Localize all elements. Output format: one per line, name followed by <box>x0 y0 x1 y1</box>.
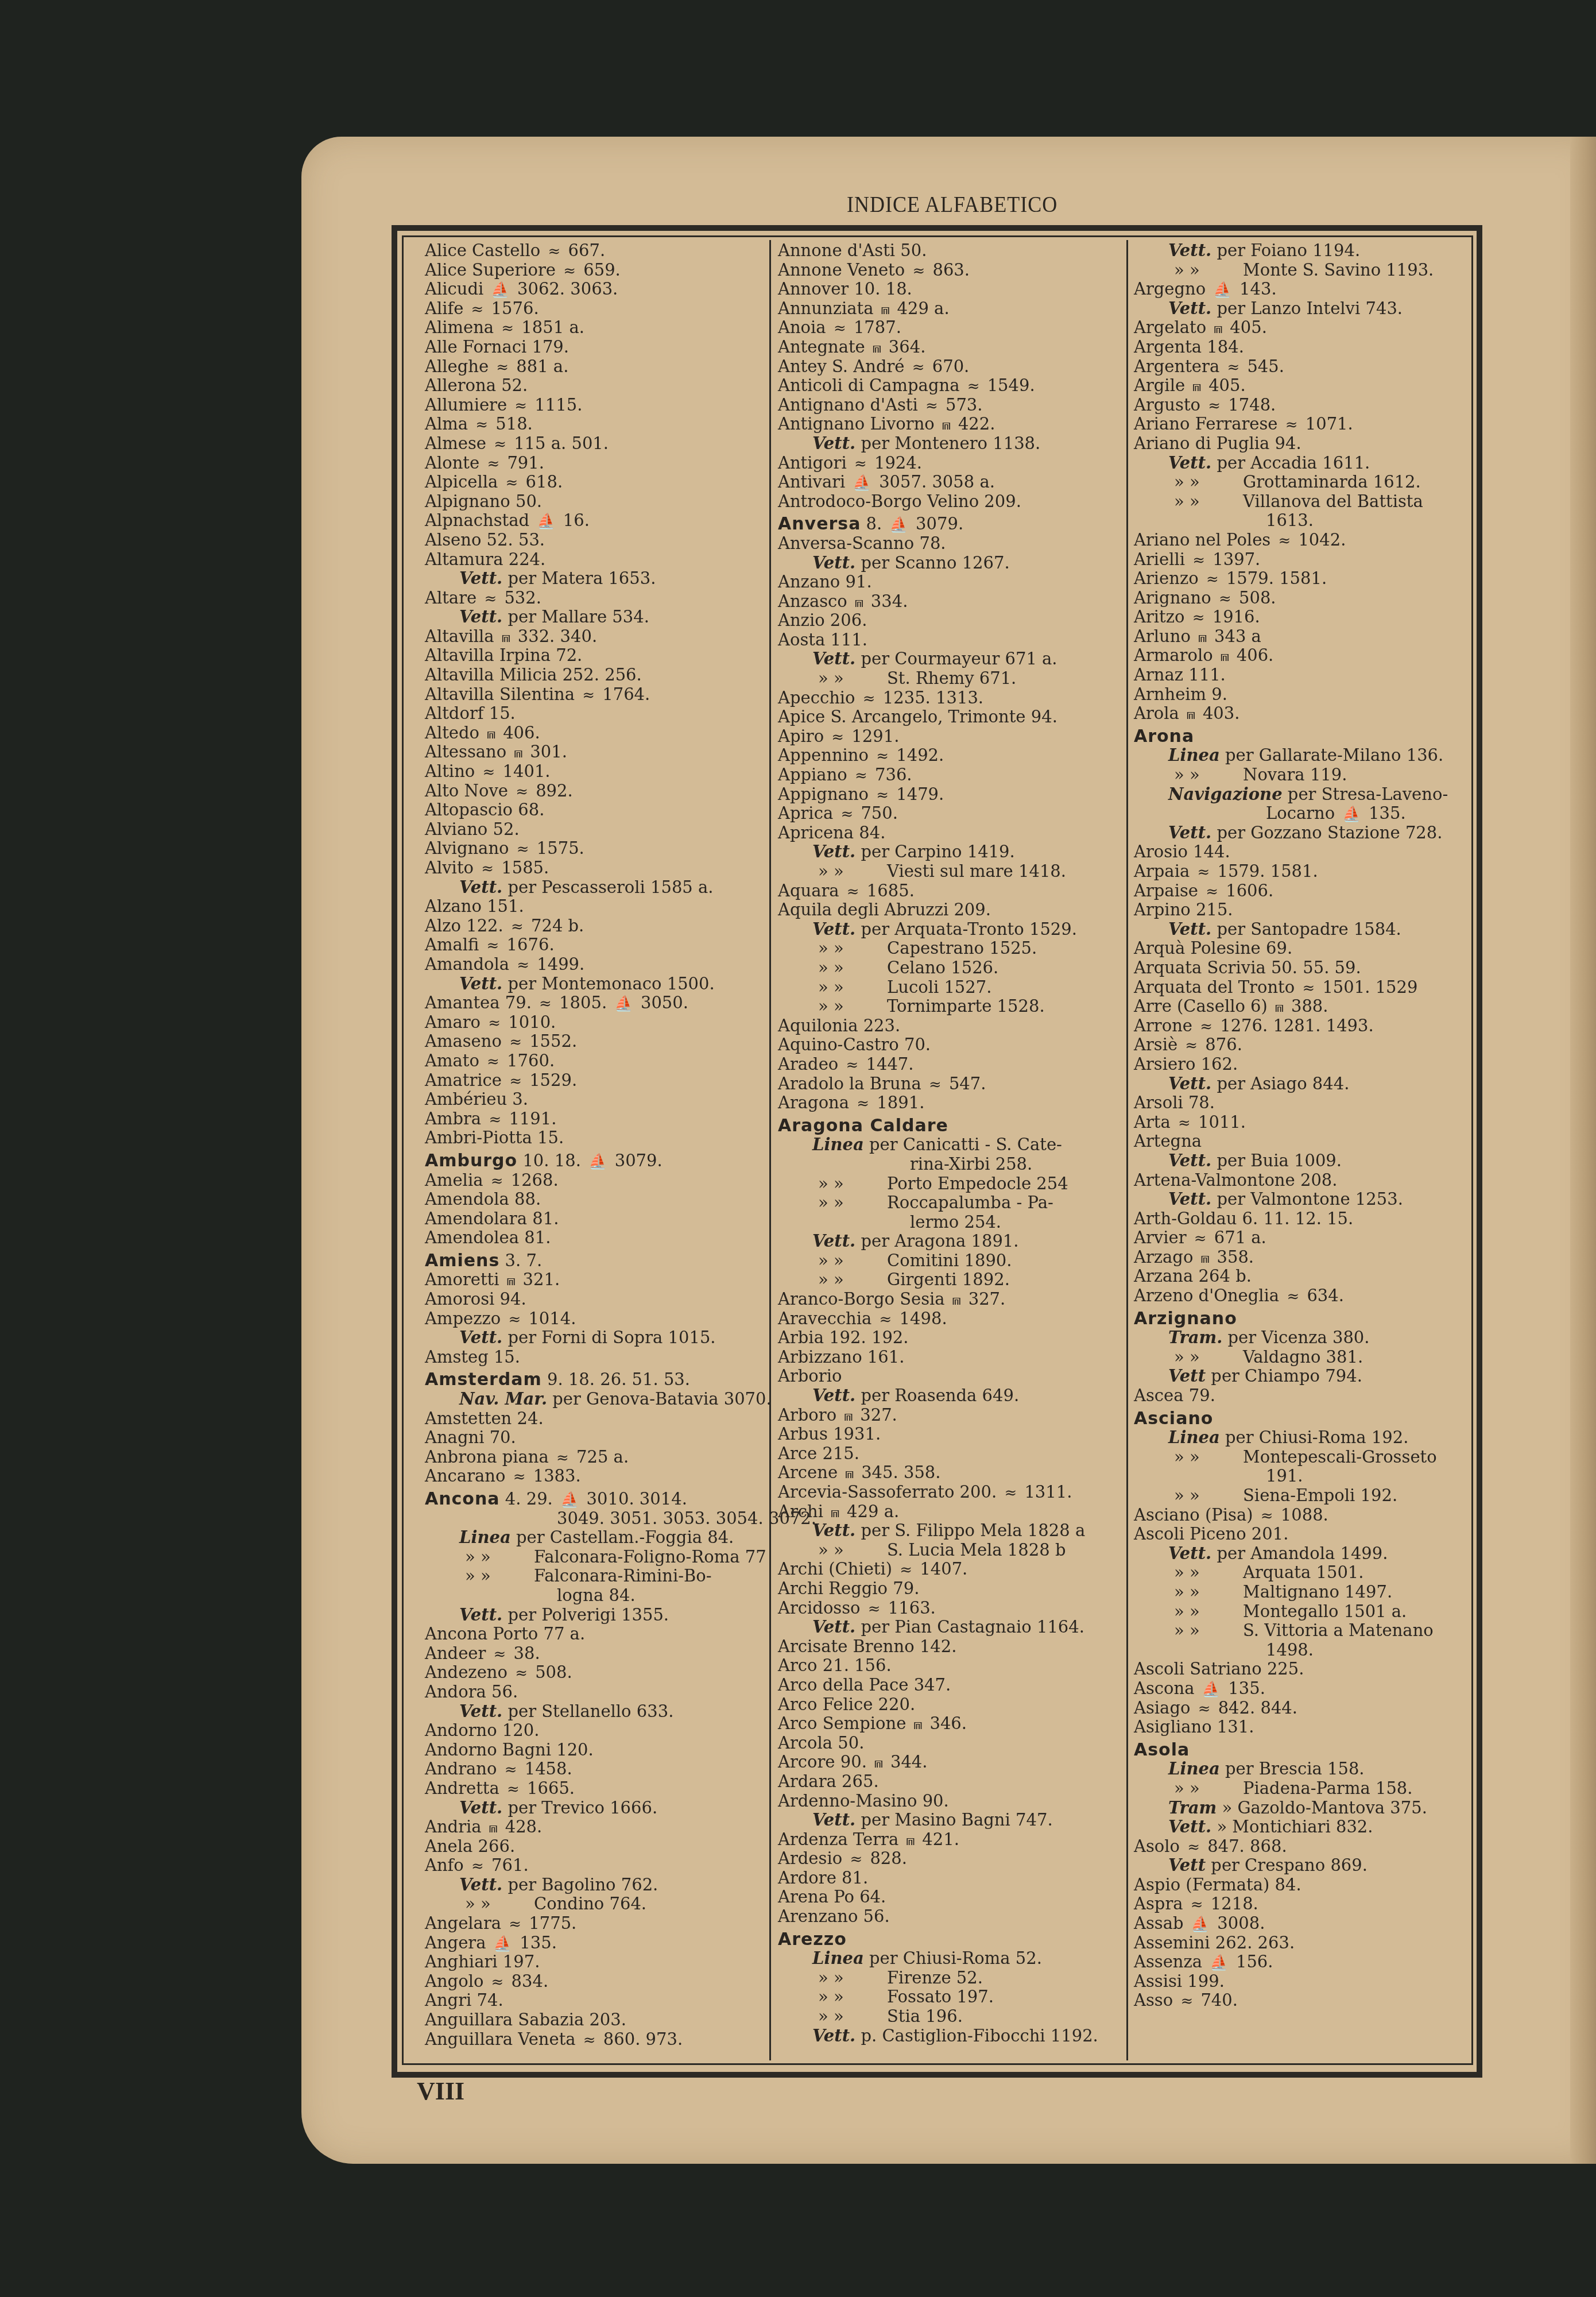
index-entry: Assenza ⛵ 156. <box>1134 1952 1473 1972</box>
index-entry: Artegna <box>1134 1132 1473 1151</box>
index-entry: Altino ≈ 1401. <box>425 762 764 782</box>
index-entry: Arborio <box>778 1367 1122 1386</box>
index-entry: Arquà Polesine 69. <box>1134 939 1473 958</box>
index-entry: Arcevia-Sassoferrato 200. ≈ 1311. <box>778 1483 1122 1502</box>
index-entry: Aquara ≈ 1685. <box>778 881 1122 901</box>
index-ditto-subentry: » »Grottaminarda 1612. <box>1134 473 1473 492</box>
mail-coach-icon: ≈ <box>511 918 524 937</box>
mail-coach-icon: ≈ <box>912 262 925 281</box>
index-entry: Anversa-Scanno 78. <box>778 534 1122 554</box>
index-entry: Angera ⛵ 135. <box>425 1933 764 1953</box>
index-entry: Ancarano ≈ 1383. <box>425 1467 764 1486</box>
index-entry: Amandola ≈ 1499. <box>425 955 764 975</box>
index-entry: Assisi 199. <box>1134 1972 1473 1991</box>
index-subentry: Vett. per Forni di Sopra 1015. <box>425 1328 764 1348</box>
index-entry: Ariano di Puglia 94. <box>1134 434 1473 454</box>
mail-coach-icon: ≈ <box>1185 1037 1198 1056</box>
mail-coach-icon: ≈ <box>854 455 867 474</box>
mail-coach-icon: ≈ <box>1192 609 1205 628</box>
index-subentry: Vett. per Montemonaco 1500. <box>425 975 764 994</box>
index-heading: Arona <box>1134 727 1473 747</box>
steamboat-icon: ⛵ <box>494 1935 512 1954</box>
index-entry: Ambérieu 3. <box>425 1090 764 1109</box>
index-heading: Amburgo 10. 18. ⛵ 3079. <box>425 1151 764 1171</box>
index-heading: Ancona 4. 29. ⛵ 3010. 3014. <box>425 1490 764 1509</box>
tram-station-icon: ⩎ <box>1201 1249 1210 1269</box>
index-entry: Antrodoco-Borgo Velino 209. <box>778 492 1122 512</box>
index-entry: Alvito ≈ 1585. <box>425 859 764 878</box>
index-entry: Aradeo ≈ 1447. <box>778 1055 1122 1074</box>
index-subentry: Linea per Chiusi-Roma 192. <box>1134 1428 1473 1448</box>
index-entry: Archi Reggio 79. <box>778 1579 1122 1599</box>
index-heading: Aragona Caldare <box>778 1116 1122 1136</box>
index-entry: Altavilla Silentina ≈ 1764. <box>425 685 764 705</box>
index-entry: Andretta ≈ 1665. <box>425 1779 764 1799</box>
index-entry: Alleghe ≈ 881 a. <box>425 357 764 377</box>
index-entry: Arola ⩎ 403. <box>1134 704 1473 724</box>
mail-coach-icon: ≈ <box>1200 1018 1213 1037</box>
mail-coach-icon: ≈ <box>509 1033 522 1053</box>
index-ditto-subentry: » »Celano 1526. <box>778 958 1122 978</box>
index-entry: Argile ⩎ 405. <box>1134 376 1473 396</box>
index-entry: Annover 10. 18. <box>778 280 1122 299</box>
index-subentry: Vett. per Trevico 1666. <box>425 1799 764 1818</box>
index-entry: Argusto ≈ 1748. <box>1134 396 1473 415</box>
index-subentry: Vett. per Masino Bagni 747. <box>778 1811 1122 1830</box>
mail-coach-icon: ≈ <box>855 767 867 786</box>
index-entry: Amalfi ≈ 1676. <box>425 935 764 955</box>
index-entry: Anzio 206. <box>778 611 1122 631</box>
index-entry: Amoretti ⩎ 321. <box>425 1270 764 1290</box>
page-spine-shadow <box>1570 137 1596 2164</box>
index-entry: Arbia 192. 192. <box>778 1328 1122 1348</box>
index-entry: Amendolea 81. <box>425 1228 764 1248</box>
index-entry: Alseno 52. 53. <box>425 531 764 550</box>
index-ditto-subentry: » »S. Lucia Mela 1828 b <box>778 1541 1122 1560</box>
index-entry: Aranco-Borgo Sesia ⩎ 327. <box>778 1290 1122 1309</box>
index-subentry: Navigazione per Stresa-Laveno- <box>1134 785 1473 805</box>
index-entry: Alice Castello ≈ 667. <box>425 241 764 261</box>
mail-coach-icon: ≈ <box>876 786 889 806</box>
index-heading: Amsterdam 9. 18. 26. 51. 53. <box>425 1370 764 1390</box>
index-subentry: Vett. per Pian Castagnaio 1164. <box>778 1618 1122 1637</box>
mail-coach-icon: ≈ <box>583 2031 596 2051</box>
index-subentry: Vett. per Gozzano Stazione 728. <box>1134 823 1473 843</box>
index-ditto-subentry: » »St. Rhemy 671. <box>778 669 1122 689</box>
index-entry: Arpaise ≈ 1606. <box>1134 881 1473 901</box>
index-entry: Altavilla ⩎ 332. 340. <box>425 627 764 647</box>
index-entry: Arco della Pace 347. <box>778 1676 1122 1695</box>
mail-coach-icon: ≈ <box>1208 397 1221 416</box>
index-subentry: Vett. per Matera 1653. <box>425 569 764 589</box>
index-entry: Argenta 184. <box>1134 338 1473 357</box>
index-entry: Allerona 52. <box>425 376 764 396</box>
index-entry: Amorosi 94. <box>425 1290 764 1309</box>
index-entry: Andorno Bagni 120. <box>425 1741 764 1760</box>
index-entry: Angri 74. <box>425 1991 764 2010</box>
index-subentry: Vett. per Arquata-Tronto 1529. <box>778 920 1122 939</box>
index-entry: Ascea 79. <box>1134 1386 1473 1406</box>
index-entry: Arta ≈ 1011. <box>1134 1113 1473 1132</box>
index-entry: Aquilonia 223. <box>778 1016 1122 1036</box>
mail-coach-icon: ≈ <box>508 1310 521 1330</box>
mail-coach-icon: ≈ <box>483 763 495 783</box>
index-entry: Arzago ⩎ 358. <box>1134 1248 1473 1267</box>
index-entry: Anticoli di Campagna ≈ 1549. <box>778 376 1122 396</box>
mail-coach-icon: ≈ <box>475 416 488 435</box>
index-entry: Arce 215. <box>778 1444 1122 1464</box>
index-entry: Arco Sempione ⩎ 346. <box>778 1714 1122 1734</box>
index-entry: Altedo ⩎ 406. <box>425 724 764 743</box>
index-heading: Asciano <box>1134 1409 1473 1429</box>
index-ditto-subentry: » »Siena-Empoli 192. <box>1134 1486 1473 1506</box>
index-subentry: Vett. per Foiano 1194. <box>1134 241 1473 261</box>
index-entry: Amstetten 24. <box>425 1409 764 1429</box>
index-entry: Andria ⩎ 428. <box>425 1818 764 1837</box>
index-ditto-subentry: » »Lucoli 1527. <box>778 978 1122 997</box>
index-entry: Ascoli Piceno 201. <box>1134 1525 1473 1544</box>
index-entry: Apice S. Arcangelo, Trimonte 94. <box>778 707 1122 727</box>
index-entry: Arvier ≈ 671 a. <box>1134 1228 1473 1248</box>
index-ditto-subentry: » »Novara 119. <box>1134 765 1473 785</box>
index-entry: Anela 266. <box>425 1837 764 1857</box>
index-entry: Anguillara Sabazia 203. <box>425 2010 764 2030</box>
index-entry: Arbus 1931. <box>778 1425 1122 1444</box>
index-column-3: Vett. per Foiano 1194.» »Monte S. Savino… <box>1134 241 1473 2010</box>
index-entry: Antignano Livorno ⩎ 422. <box>778 415 1122 434</box>
index-subentry: Linea per Gallarate-Milano 136. <box>1134 746 1473 765</box>
index-entry: Andrano ≈ 1458. <box>425 1760 764 1779</box>
index-entry: Arco 21. 156. <box>778 1656 1122 1676</box>
index-entry: Appennino ≈ 1492. <box>778 746 1122 765</box>
mail-coach-icon: ≈ <box>857 1095 869 1114</box>
tram-station-icon: ⩎ <box>844 1407 853 1426</box>
mail-coach-icon: ≈ <box>929 1076 942 1095</box>
index-entry: Aritzo ≈ 1916. <box>1134 608 1473 627</box>
index-entry: Andora 56. <box>425 1683 764 1702</box>
tram-station-icon: ⩎ <box>831 1503 839 1523</box>
steamboat-icon: ⛵ <box>1191 1915 1210 1935</box>
index-subentry: Vett. » Montichiari 832. <box>1134 1818 1473 1837</box>
index-entry: Alimena ≈ 1851 a. <box>425 318 764 338</box>
index-entry: Aquino-Castro 70. <box>778 1035 1122 1055</box>
index-ditto-subentry: » »Fossato 197. <box>778 1987 1122 2007</box>
mail-coach-icon: ≈ <box>846 1056 859 1076</box>
column-divider <box>1126 240 1128 2060</box>
index-entry: Ascona ⛵ 135. <box>1134 1679 1473 1699</box>
index-entry: Argentera ≈ 545. <box>1134 357 1473 377</box>
tram-station-icon: ⩎ <box>1198 628 1207 648</box>
index-entry: Aradolo la Bruna ≈ 547. <box>778 1074 1122 1094</box>
mail-coach-icon: ≈ <box>489 1111 501 1130</box>
index-entry: Ampezzo ≈ 1014. <box>425 1309 764 1329</box>
index-subentry: Vett. per Courmayeur 671 a. <box>778 649 1122 669</box>
steamboat-icon: ⛵ <box>537 512 555 532</box>
index-entry: Ardara 265. <box>778 1772 1122 1792</box>
steamboat-icon: ⛵ <box>1342 805 1361 825</box>
index-subentry: Tram. per Vicenza 380. <box>1134 1328 1473 1348</box>
index-entry: Asciano (Pisa) ≈ 1088. <box>1134 1506 1473 1525</box>
index-subentry: Tram » Gazoldo-Mantova 375. <box>1134 1799 1473 1818</box>
index-entry: Alzo 122. ≈ 724 b. <box>425 917 764 936</box>
index-subentry: Linea per Chiusi-Roma 52. <box>778 1949 1122 1969</box>
index-entry: Ardore 81. <box>778 1869 1122 1888</box>
index-heading: Arezzo <box>778 1930 1122 1950</box>
index-entry: Asiago ≈ 842. 844. <box>1134 1699 1473 1718</box>
tram-station-icon: ⩎ <box>881 300 890 320</box>
tram-station-icon: ⩎ <box>507 1271 516 1291</box>
index-entry: Arzana 264 b. <box>1134 1267 1473 1286</box>
mail-coach-icon: ≈ <box>516 783 528 802</box>
mail-coach-icon: ≈ <box>880 1310 892 1330</box>
mail-coach-icon: ≈ <box>900 1561 912 1580</box>
index-subentry: Vett. per S. Filippo Mela 1828 a <box>778 1521 1122 1541</box>
index-entry: Amato ≈ 1760. <box>425 1051 764 1071</box>
mail-coach-icon: ≈ <box>563 262 576 281</box>
tram-station-icon: ⩎ <box>874 1754 883 1773</box>
index-continuation: Locarno ⛵ 135. <box>1134 804 1473 823</box>
steamboat-icon: ⛵ <box>614 995 633 1014</box>
index-entry: Ambra ≈ 1191. <box>425 1109 764 1129</box>
index-entry: Anguillara Veneta ≈ 860. 973. <box>425 2030 764 2049</box>
tram-station-icon: ⩎ <box>487 725 495 744</box>
steamboat-icon: ⛵ <box>588 1153 607 1172</box>
index-entry: Angelara ≈ 1775. <box>425 1914 764 1933</box>
mail-coach-icon: ≈ <box>1198 1700 1211 1719</box>
mail-coach-icon: ≈ <box>515 1664 528 1684</box>
index-subentry: Linea per Castellam.-Foggia 84. <box>425 1528 764 1548</box>
index-entry: Alice Superiore ≈ 659. <box>425 261 764 280</box>
index-entry: Arielli ≈ 1397. <box>1134 550 1473 570</box>
tram-station-icon: ⩎ <box>1221 647 1229 667</box>
steamboat-icon: ⛵ <box>560 1491 579 1510</box>
tram-station-icon: ⩎ <box>855 593 863 613</box>
mail-coach-icon: ≈ <box>471 300 484 320</box>
index-entry: Altessano ⩎ 301. <box>425 743 764 762</box>
index-entry: Alpicella ≈ 618. <box>425 473 764 492</box>
index-entry: Antegnate ⩎ 364. <box>778 338 1122 357</box>
index-entry: Arignano ≈ 508. <box>1134 589 1473 608</box>
mail-coach-icon: ≈ <box>1194 1229 1207 1249</box>
index-entry: Amendolara 81. <box>425 1209 764 1229</box>
index-entry: Arsoli 78. <box>1134 1093 1473 1113</box>
mail-coach-icon: ≈ <box>1285 416 1298 435</box>
index-entry: Altare ≈ 532. <box>425 589 764 608</box>
mail-coach-icon: ≈ <box>1004 1484 1017 1503</box>
mail-coach-icon: ≈ <box>831 728 844 748</box>
index-entry: Arco Felice 220. <box>778 1695 1122 1715</box>
index-entry: Amantea 79. ≈ 1805. ⛵ 3050. <box>425 993 764 1013</box>
index-subentry: Nav. Mar. per Genova-Batavia 3070. <box>425 1390 764 1409</box>
mail-coach-icon: ≈ <box>840 805 853 825</box>
index-entry: Alpignano 50. <box>425 492 764 512</box>
index-subentry: Vett. per Valmontone 1253. <box>1134 1190 1473 1209</box>
index-entry: Alviano 52. <box>425 820 764 840</box>
mail-coach-icon: ≈ <box>1302 979 1315 999</box>
index-entry: Asso ≈ 740. <box>1134 1991 1473 2010</box>
index-entry: Amsteg 15. <box>425 1348 764 1367</box>
index-entry: Alpnachstad ⛵ 16. <box>425 511 764 531</box>
tram-station-icon: ⩎ <box>1187 705 1195 725</box>
index-entry: Arluno ⩎ 343 a <box>1134 627 1473 647</box>
index-continuation: 3049. 3051. 3053. 3054. 3072. <box>425 1509 764 1529</box>
index-subentry: Vett. per Aragona 1891. <box>778 1232 1122 1251</box>
mail-coach-icon: ≈ <box>582 686 595 706</box>
index-entry: Argelato ⩎ 405. <box>1134 318 1473 338</box>
index-entry: Anfo ≈ 761. <box>425 1856 764 1876</box>
index-subentry: Vett. per Polverigi 1355. <box>425 1606 764 1625</box>
index-subentry: Linea per Brescia 158. <box>1134 1760 1473 1779</box>
index-entry: Assemini 262. 263. <box>1134 1933 1473 1953</box>
index-continuation: 1498. <box>1134 1641 1473 1660</box>
index-entry: Arquata Scrivia 50. 55. 59. <box>1134 958 1473 978</box>
index-entry: Alonte ≈ 791. <box>425 454 764 473</box>
index-ditto-subentry: » »Montepescali-Grosseto <box>1134 1448 1473 1467</box>
steamboat-icon: ⛵ <box>1202 1680 1221 1700</box>
mail-coach-icon: ≈ <box>509 1915 521 1935</box>
tram-station-icon: ⩎ <box>514 744 522 763</box>
index-entry: Aprica ≈ 750. <box>778 804 1122 823</box>
index-entry: Altavilla Milicia 252. 256. <box>425 666 764 685</box>
mail-coach-icon: ≈ <box>967 377 980 397</box>
index-entry: Aspio (Fermata) 84. <box>1134 1876 1473 1895</box>
index-entry: Aravecchia ≈ 1498. <box>778 1309 1122 1329</box>
index-entry: Apricena 84. <box>778 823 1122 843</box>
index-continuation: logna 84. <box>425 1586 764 1606</box>
index-entry: Alle Fornaci 179. <box>425 338 764 357</box>
mail-coach-icon: ≈ <box>509 1072 522 1092</box>
index-entry: Arcola 50. <box>778 1734 1122 1753</box>
index-heading: Anversa 8. ⛵ 3079. <box>778 515 1122 534</box>
index-entry: Ancona Porto 77 a. <box>425 1625 764 1644</box>
mail-coach-icon: ≈ <box>1187 1838 1200 1858</box>
index-subentry: Vett. per Stellanello 633. <box>425 1702 764 1722</box>
mail-coach-icon: ≈ <box>514 397 527 416</box>
steamboat-icon: ⛵ <box>889 516 908 535</box>
index-entry: Arrone ≈ 1276. 1281. 1493. <box>1134 1016 1473 1036</box>
index-entry: Argegno ⛵ 143. <box>1134 280 1473 299</box>
index-entry: Amendola 88. <box>425 1190 764 1209</box>
index-subentry: Vett. per Asiago 844. <box>1134 1074 1473 1094</box>
mail-coach-icon: ≈ <box>925 397 938 416</box>
index-entry: Alicudi ⛵ 3062. 3063. <box>425 280 764 299</box>
index-ditto-subentry: » »S. Vittoria a Matenano <box>1134 1621 1473 1641</box>
page-number: VIII <box>417 2076 464 2106</box>
index-ditto-subentry: » »Roccapalumba - Pa- <box>778 1193 1122 1213</box>
index-entry: Anoia ≈ 1787. <box>778 318 1122 338</box>
tram-station-icon: ⩎ <box>1192 377 1201 397</box>
index-ditto-subentry: » »Valdagno 381. <box>1134 1348 1473 1367</box>
index-entry: Anghiari 197. <box>425 1952 764 1972</box>
index-continuation: rina-Xirbi 258. <box>778 1155 1122 1174</box>
mail-coach-icon: ≈ <box>488 1014 501 1034</box>
mail-coach-icon: ≈ <box>1219 590 1231 609</box>
index-entry: Appignano ≈ 1479. <box>778 785 1122 805</box>
index-subentry: Vett. per Amandola 1499. <box>1134 1544 1473 1564</box>
mail-coach-icon: ≈ <box>513 1468 526 1487</box>
index-subentry: Vett. per Mallare 534. <box>425 608 764 627</box>
index-entry: Arcore 90. ⩎ 344. <box>778 1753 1122 1772</box>
index-subentry: Vett. per Roasenda 649. <box>778 1386 1122 1406</box>
index-subentry: Vett. per Pescasseroli 1585 a. <box>425 878 764 898</box>
mail-coach-icon: ≈ <box>912 358 925 378</box>
index-column-1: Alice Castello ≈ 667.Alice Superiore ≈ 6… <box>425 241 764 2049</box>
index-entry: Arienzo ≈ 1579. 1581. <box>1134 569 1473 589</box>
index-ditto-subentry: » »Falconara-Rimini-Bo- <box>425 1567 764 1586</box>
index-entry: Antignano d'Asti ≈ 573. <box>778 396 1122 415</box>
mail-coach-icon: ≈ <box>556 1449 569 1468</box>
index-entry: Annone Veneto ≈ 863. <box>778 261 1122 280</box>
tram-station-icon: ⩎ <box>952 1291 961 1310</box>
index-subentry: Vett. p. Castiglion-Fibocchi 1192. <box>778 2027 1122 2046</box>
index-ditto-subentry: » »Stia 196. <box>778 2007 1122 2027</box>
index-subentry: Vett per Crespano 869. <box>1134 1856 1473 1876</box>
index-entry: Ambri-Piotta 15. <box>425 1128 764 1148</box>
mail-coach-icon: ≈ <box>834 319 846 339</box>
mail-coach-icon: ≈ <box>487 937 499 956</box>
index-entry: Altavilla Irpina 72. <box>425 646 764 666</box>
index-entry: Anzano 91. <box>778 573 1122 592</box>
index-entry: Armarolo ⩎ 406. <box>1134 646 1473 666</box>
index-entry: Arsiero 162. <box>1134 1055 1473 1074</box>
index-ditto-subentry: » »Villanova del Battista <box>1134 492 1473 512</box>
index-subentry: Vett. per Montenero 1138. <box>778 434 1122 454</box>
index-entry: Antigori ≈ 1924. <box>778 454 1122 473</box>
index-entry: Ardenza Terra ⩎ 421. <box>778 1830 1122 1850</box>
index-entry: Arth-Goldau 6. 11. 12. 15. <box>1134 1209 1473 1229</box>
tram-station-icon: ⩎ <box>873 339 881 358</box>
index-subentry: Vett. per Accadia 1611. <box>1134 454 1473 473</box>
mail-coach-icon: ≈ <box>1287 1287 1299 1307</box>
index-entry: Aspra ≈ 1218. <box>1134 1894 1473 1914</box>
index-subentry: Vett. per Santopadre 1584. <box>1134 920 1473 939</box>
index-entry: Ariano nel Poles ≈ 1042. <box>1134 531 1473 550</box>
index-subentry: Vett. per Lanzo Intelvi 743. <box>1134 299 1473 319</box>
mail-coach-icon: ≈ <box>505 1761 517 1780</box>
index-ditto-subentry: » »Viesti sul mare 1418. <box>778 862 1122 881</box>
index-heading: Arzignano <box>1134 1309 1473 1329</box>
mail-coach-icon: ≈ <box>1192 551 1205 571</box>
mail-coach-icon: ≈ <box>1278 532 1291 551</box>
mail-coach-icon: ≈ <box>868 1600 881 1619</box>
index-entry: Amaseno ≈ 1552. <box>425 1032 764 1051</box>
mail-coach-icon: ≈ <box>847 883 859 902</box>
running-header: INDICE ALFABETICO <box>847 191 1057 218</box>
mail-coach-icon: ≈ <box>1197 863 1210 883</box>
tram-station-icon: ⩎ <box>489 1819 498 1838</box>
index-entry: Arboro ⩎ 327. <box>778 1406 1122 1425</box>
index-entry: Andorno 120. <box>425 1721 764 1741</box>
tram-station-icon: ⩎ <box>914 1715 923 1735</box>
mail-coach-icon: ≈ <box>491 1973 504 1993</box>
index-entry: Alto Nove ≈ 892. <box>425 782 764 801</box>
index-entry: Andezeno ≈ 508. <box>425 1663 764 1683</box>
index-entry: Amaro ≈ 1010. <box>425 1013 764 1033</box>
mail-coach-icon: ≈ <box>1206 883 1218 902</box>
index-entry: Arena Po 64. <box>778 1888 1122 1907</box>
index-entry: Antivari ⛵ 3057. 3058 a. <box>778 473 1122 492</box>
index-entry: Arosio 144. <box>1134 842 1473 862</box>
index-entry: Andeer ≈ 38. <box>425 1644 764 1664</box>
mail-coach-icon: ≈ <box>539 995 552 1014</box>
index-entry: Alvignano ≈ 1575. <box>425 839 764 859</box>
index-entry: Aragona ≈ 1891. <box>778 1093 1122 1113</box>
steamboat-icon: ⛵ <box>1213 281 1231 300</box>
index-entry: Allumiere ≈ 1115. <box>425 396 764 415</box>
mail-coach-icon: ≈ <box>507 1780 520 1800</box>
tram-station-icon: ⩎ <box>1275 998 1284 1018</box>
column-divider <box>769 240 771 2060</box>
